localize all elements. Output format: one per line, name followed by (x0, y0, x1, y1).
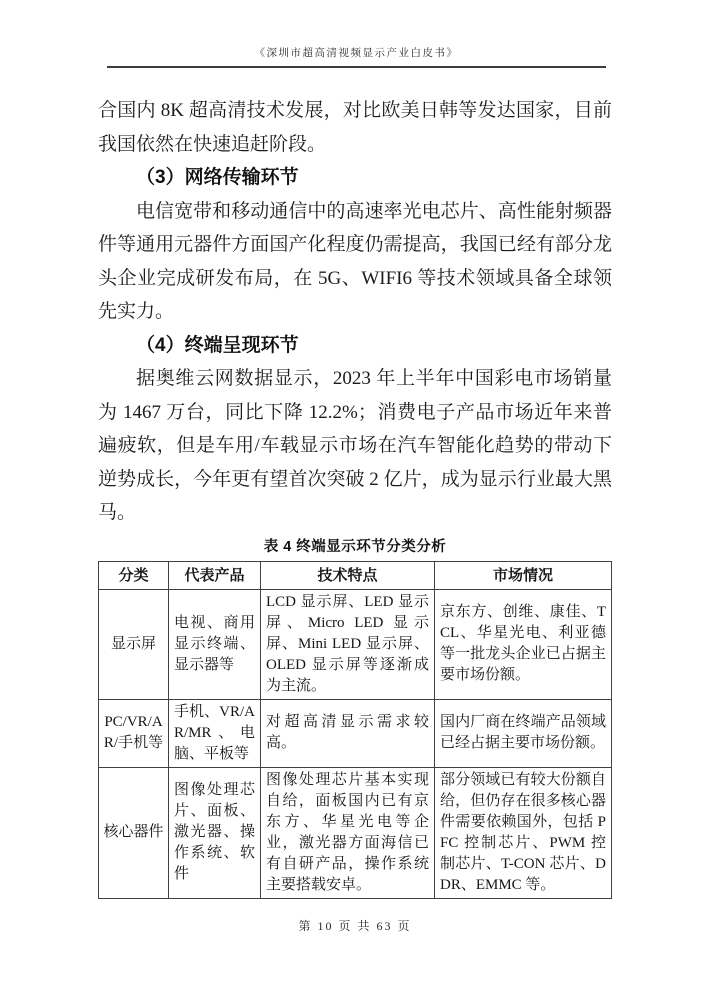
column-header-technical-features: 技术特点 (261, 561, 435, 589)
cell-market: 国内厂商在终端产品领域已经占据主要市场份额。 (435, 699, 612, 767)
table-row-display-screen: 显示屏 电视、商用显示终端、显示器等 LCD 显示屏、LED 显示屏、Micro… (99, 589, 612, 699)
terminal-display-classification-table: 分类 代表产品 技术特点 市场情况 显示屏 电视、商用显示终端、显示器等 LCD… (98, 561, 612, 899)
table-header-row: 分类 代表产品 技术特点 市场情况 (99, 561, 612, 589)
cell-products: 图像处理芯片、面板、激光器、操作系统、软件 (169, 767, 261, 898)
cell-market: 京东方、创维、康佳、TCL、华星光电、利亚德等一批龙头企业已占据主要市场份额。 (435, 589, 612, 699)
document-title: 《深圳市超高清视频显示产业白皮书》 (107, 45, 606, 60)
cell-products: 电视、商用显示终端、显示器等 (169, 589, 261, 699)
body-text: 合国内 8K 超高清技术发展，对比欧美日韩等发达国家，目前我国依然在快速追赶阶段… (98, 94, 612, 530)
cell-market: 部分领域已有较大份额自给，但仍存在很多核心器件需要依赖国外，包括 PFC 控制芯… (435, 767, 612, 898)
cell-products: 手机、VR/AR/MR、电脑、平板等 (169, 699, 261, 767)
table-row-core-components: 核心器件 图像处理芯片、面板、激光器、操作系统、软件 图像处理芯片基本实现自给，… (99, 767, 612, 898)
table-caption: 表 4 终端显示环节分类分析 (0, 535, 710, 556)
cell-features: LCD 显示屏、LED 显示屏、Micro LED 显示屏、Mini LED 显… (261, 589, 435, 699)
paragraph-network-transmission: 电信宽带和移动通信中的高速率光电芯片、高性能射频器件等通用元器件方面国产化程度仍… (98, 195, 612, 329)
page-header: 《深圳市超高清视频显示产业白皮书》 (107, 45, 606, 68)
cell-category: 显示屏 (99, 589, 169, 699)
column-header-category: 分类 (99, 561, 169, 589)
paragraph-terminal-presentation: 据奥维云网数据显示，2023 年上半年中国彩电市场销量为 1467 万台，同比下… (98, 362, 612, 530)
document-page: 《深圳市超高清视频显示产业白皮书》 合国内 8K 超高清技术发展，对比欧美日韩等… (0, 0, 710, 1004)
cell-category: PC/VR/AR/手机等 (99, 699, 169, 767)
column-header-market-situation: 市场情况 (435, 561, 612, 589)
cell-category: 核心器件 (99, 767, 169, 898)
section-heading-network-transmission: （3）网络传输环节 (98, 161, 612, 195)
cell-features: 对超高清显示需求较高。 (261, 699, 435, 767)
page-number-footer: 第 10 页 共 63 页 (0, 917, 710, 934)
section-heading-terminal-presentation: （4）终端呈现环节 (98, 329, 612, 363)
column-header-representative-products: 代表产品 (169, 561, 261, 589)
cell-features: 图像处理芯片基本实现自给，面板国内已有京东方、华星光电等企业，激光器方面海信已有… (261, 767, 435, 898)
paragraph-continuation: 合国内 8K 超高清技术发展，对比欧美日韩等发达国家，目前我国依然在快速追赶阶段… (98, 94, 612, 161)
table-row-pc-vr-ar-phone: PC/VR/AR/手机等 手机、VR/AR/MR、电脑、平板等 对超高清显示需求… (99, 699, 612, 767)
